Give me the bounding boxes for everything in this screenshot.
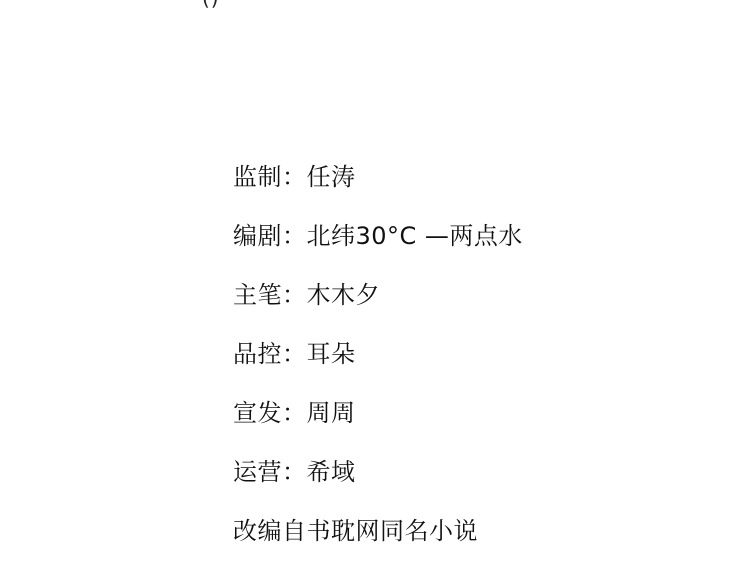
credit-supervisor: 监制：任涛	[233, 160, 523, 219]
source-note: 改编自书耽网同名小说	[233, 514, 523, 573]
credit-name: 任涛	[307, 163, 356, 191]
credit-screenwriter: 编剧：北纬30°C —两点水	[233, 219, 523, 278]
credit-name: 耳朵	[307, 340, 356, 368]
credit-separator: ：	[282, 163, 307, 191]
credit-name: 木木夕	[307, 281, 381, 309]
credit-role: 运营	[233, 458, 282, 486]
credit-role: 监制	[233, 163, 282, 191]
credit-lead-artist: 主笔：木木夕	[233, 278, 523, 337]
credits-list: 监制：任涛 编剧：北纬30°C —两点水 主笔：木木夕 品控：耳朵 宣发：周周 …	[233, 160, 523, 573]
credit-separator: ：	[282, 281, 307, 309]
credit-quality-control: 品控：耳朵	[233, 337, 523, 396]
credit-name: 希域	[307, 458, 356, 486]
credit-publicity: 宣发：周周	[233, 396, 523, 455]
credit-separator: ：	[282, 399, 307, 427]
credit-role: 编剧	[233, 222, 282, 250]
top-text-fragment: ()	[202, 0, 220, 8]
credit-operations: 运营：希域	[233, 455, 523, 514]
credit-name: 北纬30°C —两点水	[307, 222, 523, 250]
credit-role: 宣发	[233, 399, 282, 427]
credit-role: 品控	[233, 340, 282, 368]
credit-separator: ：	[282, 340, 307, 368]
credit-separator: ：	[282, 222, 307, 250]
credit-name: 周周	[307, 399, 356, 427]
credit-role: 主笔	[233, 281, 282, 309]
credit-separator: ：	[282, 458, 307, 486]
